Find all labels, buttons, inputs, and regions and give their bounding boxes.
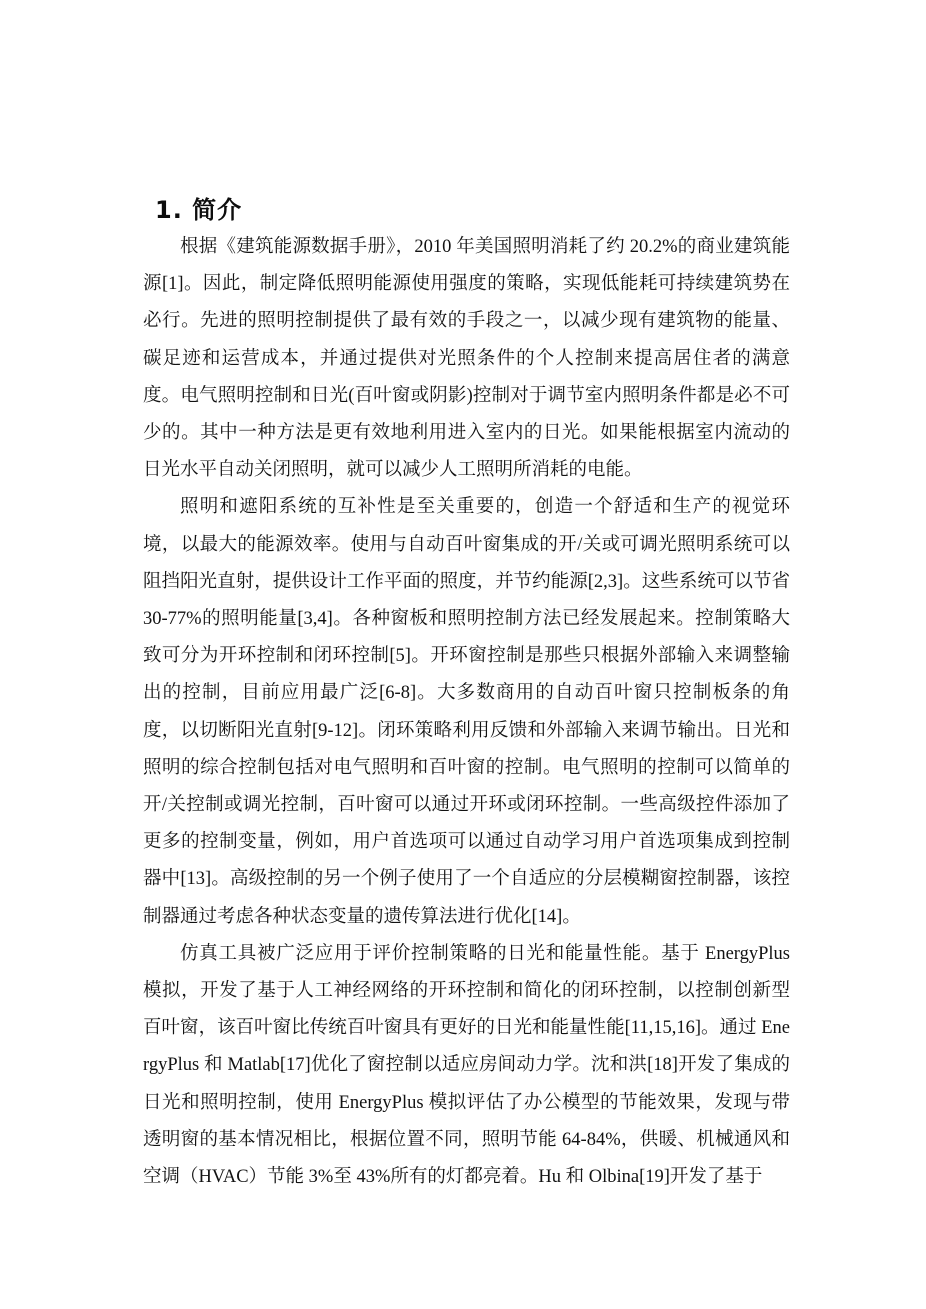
paragraph-simulation-tools: 仿真工具被广泛应用于评价控制策略的日光和能量性能。基于 EnergyPlus 模… <box>143 936 790 1196</box>
section-heading: 1. 简介 <box>155 196 790 224</box>
document-page: 1. 简介 根据《建筑能源数据手册》，2010 年美国照明消耗了约 20.2%的… <box>0 0 926 1309</box>
paragraph-intro-energy: 根据《建筑能源数据手册》，2010 年美国照明消耗了约 20.2%的商业建筑能源… <box>143 229 790 489</box>
paragraph-control-strategies: 照明和遮阳系统的互补性是至关重要的，创造一个舒适和生产的视觉环境，以最大的能源效… <box>143 489 790 935</box>
